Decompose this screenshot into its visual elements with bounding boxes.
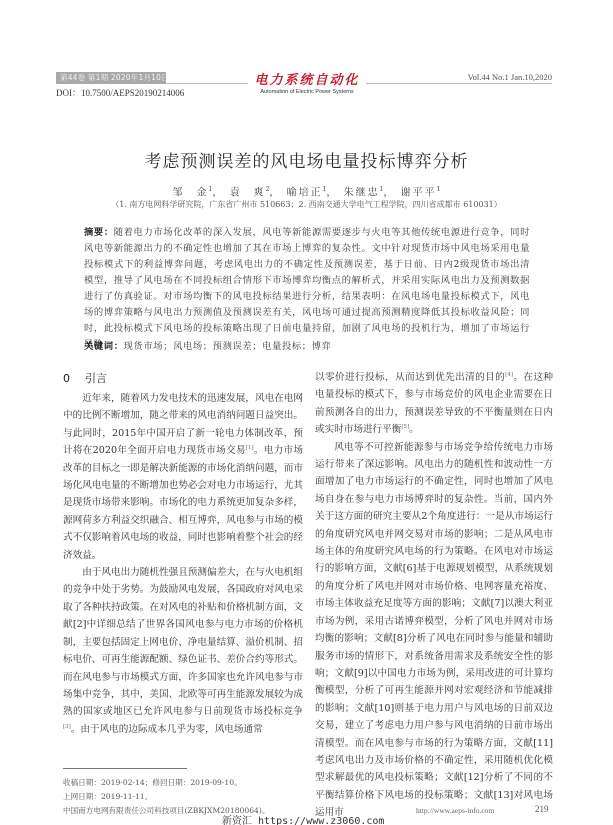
body-column-left: 0引言 近年来，随着风力发电技术的迅速发展，风电在电网中的比例不断增加，随之带来… <box>63 369 303 738</box>
citation: [1] <box>246 445 254 451</box>
paper-title: 考虑预测误差的风电场电量投标博弈分析 <box>0 151 613 173</box>
volume-info: Vol.44 No.1 Jan.10,2020 <box>468 72 552 82</box>
keywords-text: 现货市场；风电场；预测误差；电量投标；博弈 <box>124 341 332 352</box>
author-affiliation-mark: 1 <box>380 186 384 193</box>
section-title: 引言 <box>85 372 107 385</box>
affiliations: （1. 南方电网科学研究院，广东省广州市 510663；2. 西南交通大学电气工… <box>0 199 613 211</box>
footnote-rule <box>63 768 187 769</box>
paragraph-text: 。电力市场改革的目标之一即是解决新能源的市场化消纳问题，而市场化风电电量的不断增… <box>63 445 303 560</box>
abstract: 摘要：随着电力市场化改革的深入发展，风电等新能源需要逐步与火电等其他传统电源进行… <box>84 225 530 353</box>
author: 袁 爽 <box>230 187 266 198</box>
author: 朱继忠 <box>344 187 380 198</box>
citation: [4] <box>505 372 513 378</box>
paragraph: 由于风电出力随机性强且预测偏差大，在与火电机组的竞争中处于劣势。为鼓励风电发展，… <box>63 564 303 738</box>
section-heading: 0引言 <box>63 369 303 389</box>
issue-tag: 第44卷 第1期 2020年1月10日 <box>56 72 166 84</box>
author: 邹 金 <box>173 187 209 198</box>
journal-name-cn: 电力系统自动化 <box>248 73 365 88</box>
abstract-label: 摘要： <box>84 227 114 238</box>
citation: [3] <box>63 724 71 730</box>
paragraph-text: 。 <box>409 424 419 435</box>
paragraph: 风电等不可控新能源参与市场竞争给传统电力市场运行带来了深远影响。风电出力的随机性… <box>315 439 553 822</box>
author-list: 邹 金1， 袁 爽2， 喻培正1， 朱继忠1， 谢平平1 <box>0 183 613 200</box>
body-column-right: 以零价进行投标，从而达到优先出清的目的[4]。在这种电量投标的模式下，参与市场竞… <box>315 369 553 822</box>
paragraph-text: 。由于风电的边际成本几乎为零，风电场通常 <box>71 724 263 735</box>
journal-url: http://www.aeps-info.com <box>416 806 494 815</box>
author-affiliation-mark: 1 <box>209 186 213 193</box>
watermark: 新资汇 https://www.z3060.com <box>222 818 384 825</box>
journal-name-en: Automation of Electric Power Systems <box>222 88 392 96</box>
footnote: 收稿日期：2019-02-14；修回日期：2019-09-10。 上网日期：20… <box>63 776 323 818</box>
author: 谢平平 <box>401 187 437 198</box>
online-date: 上网日期：2019-11-11。 <box>63 790 323 804</box>
abstract-text: 随着电力市场化改革的深入发展，风电等新能源需要逐步与火电等其他传统电源进行竞争，… <box>84 227 530 350</box>
paragraph: 近年来，随着风力发电技术的迅速发展，风电在电网中的比例不断增加，随之带来的风电消… <box>63 390 303 564</box>
section-number: 0 <box>63 369 85 389</box>
doi: DOI：10.7500/AEPS20190214006 <box>56 86 184 99</box>
citation: [5] <box>401 424 409 430</box>
received-date: 收稿日期：2019-02-14；修回日期：2019-09-10。 <box>63 776 323 790</box>
journal-logo: 电力系统自动化 Automation of Electric Power Sys… <box>222 69 392 96</box>
keywords-label: 关键词： <box>84 341 124 352</box>
paragraph-text: 由于风电出力随机性强且预测偏差大，在与火电机组的竞争中处于劣势。为鼓励风电发展，… <box>63 567 303 717</box>
author-affiliation-mark: 2 <box>266 186 270 193</box>
keywords: 关键词：现货市场；风电场；预测误差；电量投标；博弈 <box>84 339 530 355</box>
paragraph-text: 以零价进行投标，从而达到优先出清的目的 <box>315 372 505 383</box>
author-affiliation-mark: 1 <box>437 186 441 193</box>
page-number: 219 <box>535 804 549 814</box>
author-affiliation-mark: 1 <box>323 186 327 193</box>
paragraph-text: 风电等不可控新能源参与市场竞争给传统电力市场运行带来了深远影响。风电出力的随机性… <box>315 442 553 819</box>
paragraph: 以零价进行投标，从而达到优先出清的目的[4]。在这种电量投标的模式下，参与市场竞… <box>315 369 553 439</box>
author: 喻培正 <box>287 187 323 198</box>
